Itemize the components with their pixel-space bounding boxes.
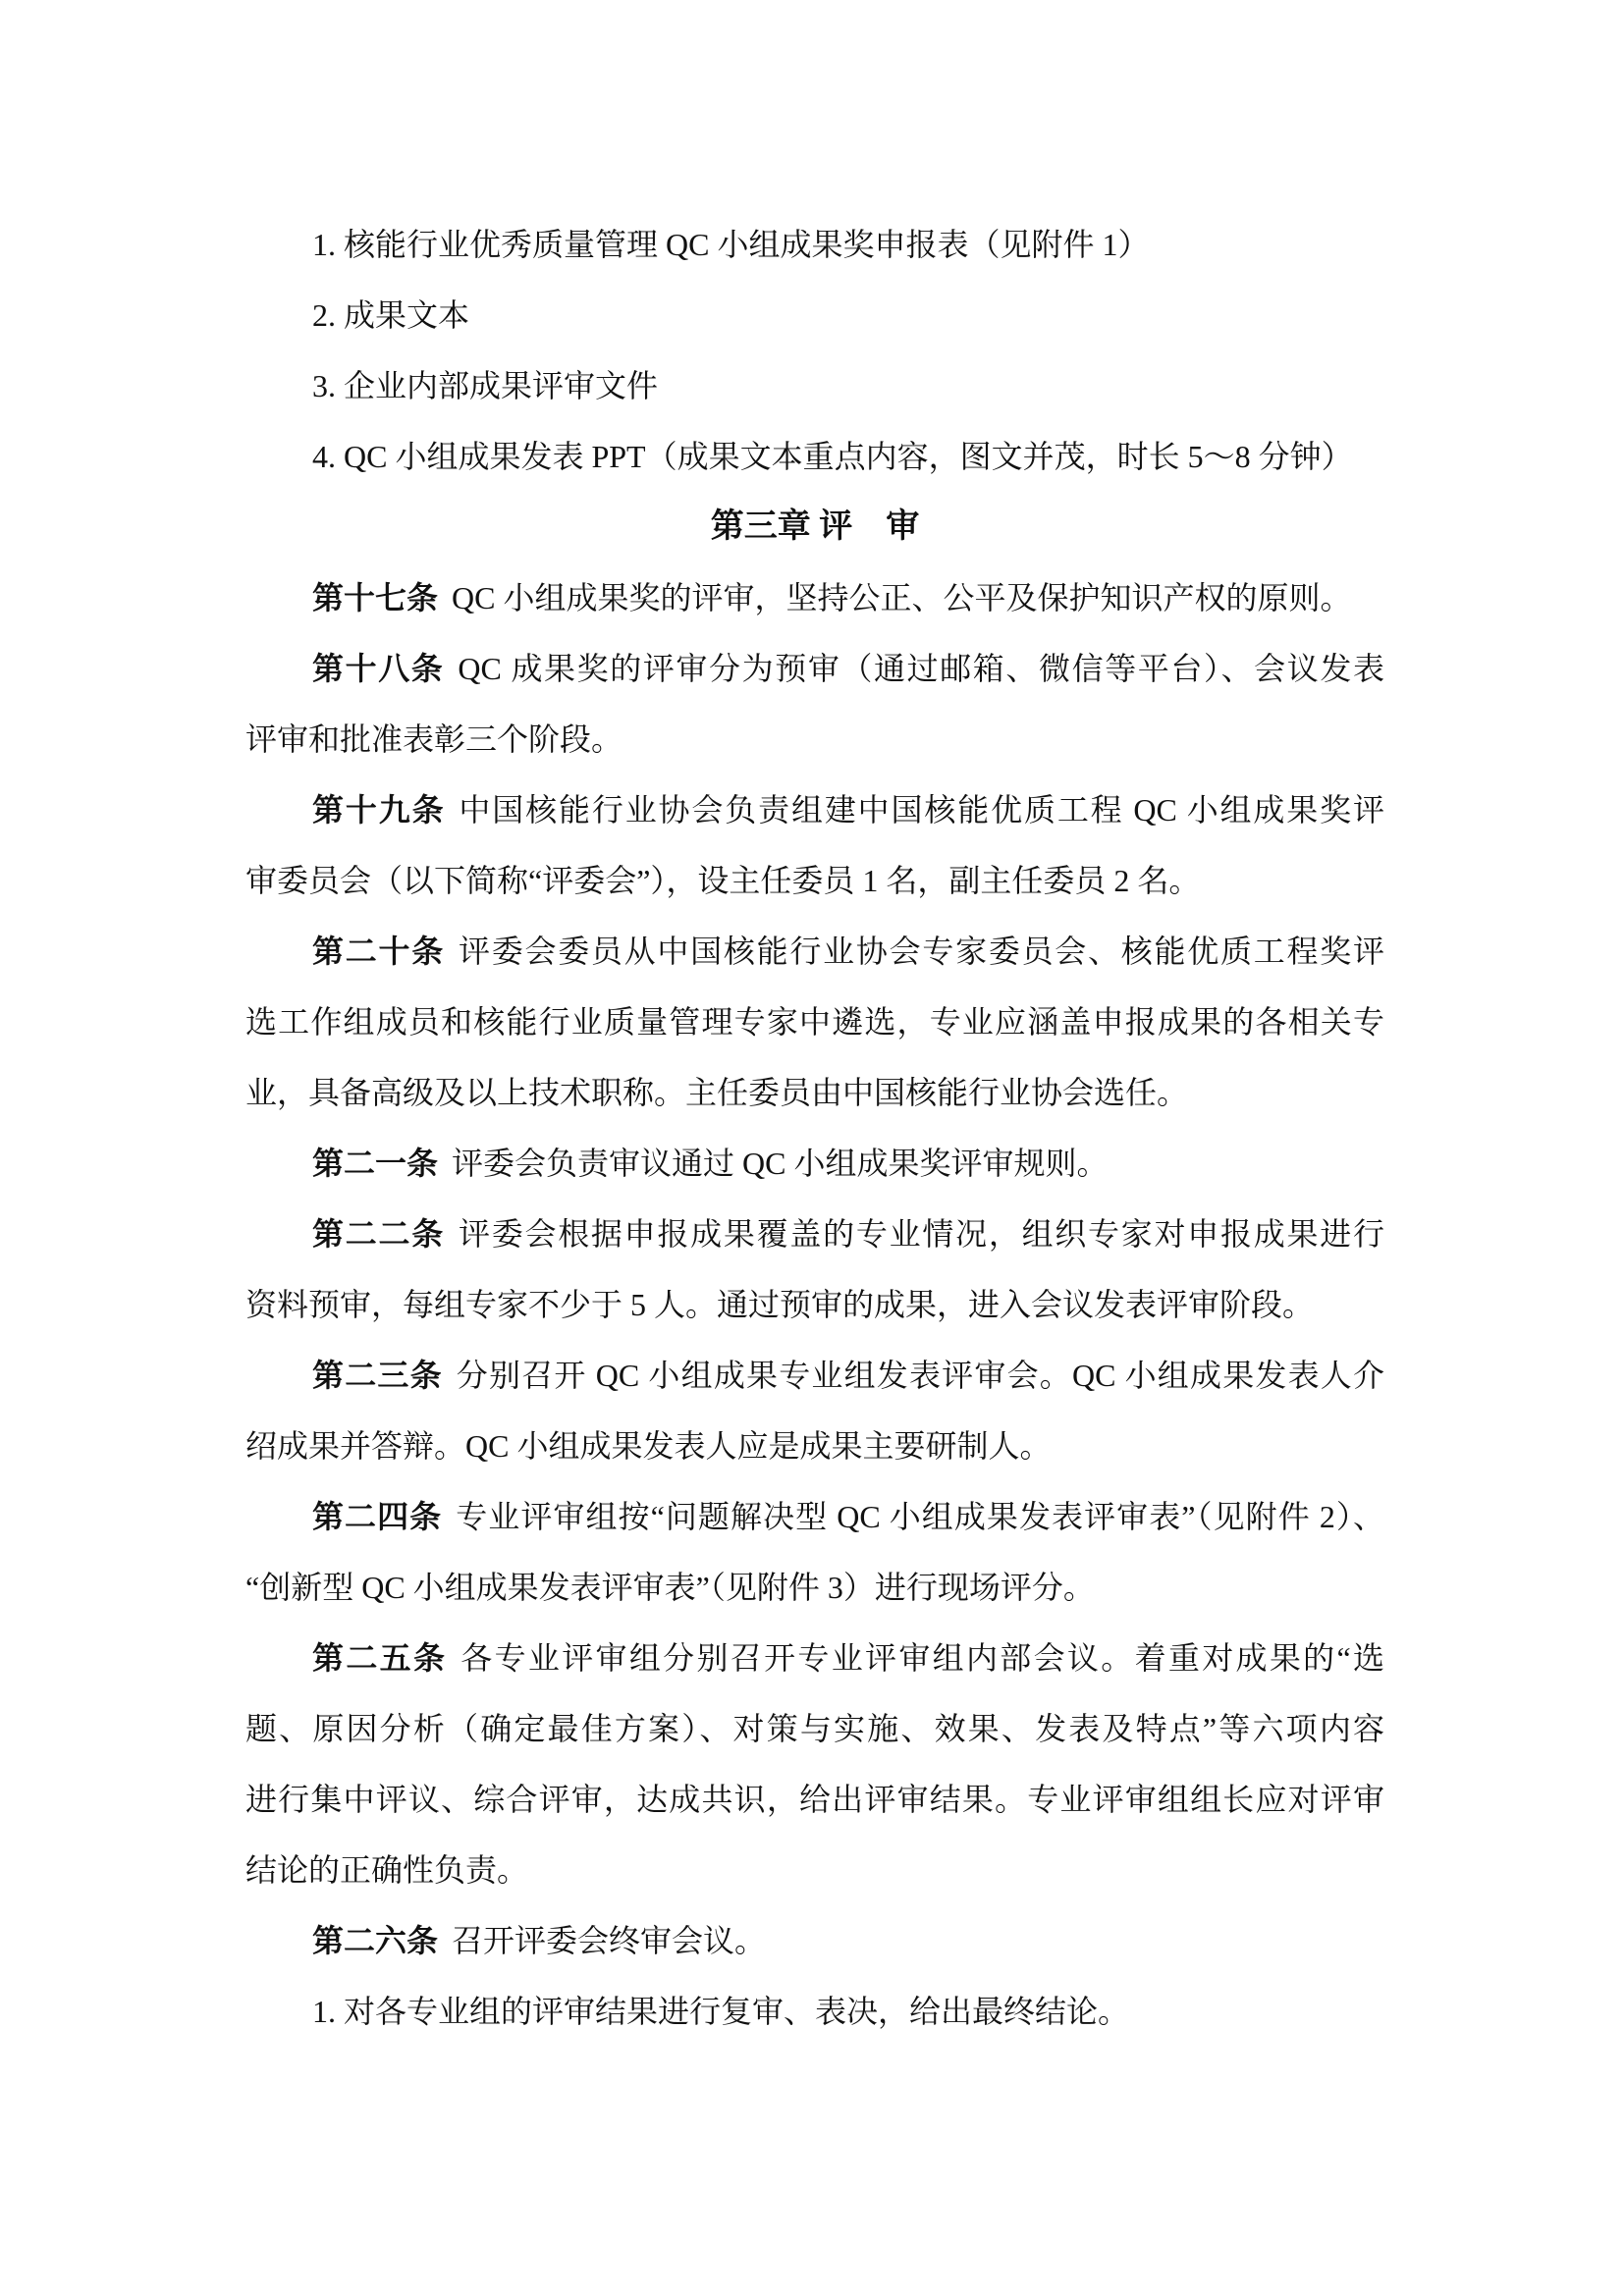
article-text: QC 成果奖的评审分为预审（通过邮箱、微信等平台）、会议发表 xyxy=(458,651,1384,686)
paragraph-line: 审委员会（以下简称“评委会”），设主任委员 1 名，副主任委员 2 名。 xyxy=(245,845,1384,916)
paragraph-line: 评审和批准表彰三个阶段。 xyxy=(245,704,1384,774)
article-text: 各专业评审组分别召开专业评审组内部会议。着重对成果的“选 xyxy=(460,1640,1384,1676)
article-number: 第二十条 xyxy=(312,934,445,969)
article-number: 第十八条 xyxy=(312,651,444,686)
article-number: 第二三条 xyxy=(312,1358,443,1393)
article-text: QC 小组成果奖的评审，坚持公正、公平及保护知识产权的原则。 xyxy=(452,580,1351,615)
article-text: 分别召开 QC 小组成果专业组发表评审会。QC 小组成果发表人介 xyxy=(457,1358,1384,1393)
list-item-line: 3. 企业内部成果评审文件 xyxy=(245,350,1384,421)
paragraph-line: 业，具备高级及以上技术职称。主任委员由中国核能行业协会选任。 xyxy=(245,1057,1384,1128)
paragraph-line: 题、原因分析（确定最佳方案）、对策与实施、效果、发表及特点”等六项内容 xyxy=(245,1693,1384,1764)
paragraph-line: 绍成果并答辩。QC 小组成果发表人应是成果主要研制人。 xyxy=(245,1411,1384,1481)
article-text: 评委会根据申报成果覆盖的专业情况，组织专家对申报成果进行 xyxy=(459,1216,1384,1252)
chapter-heading: 第三章 评 审 xyxy=(245,492,1384,562)
paragraph-line: 资料预审，每组专家不少于 5 人。通过预审的成果，进入会议发表评审阶段。 xyxy=(245,1269,1384,1340)
article-paragraph: 第十七条QC 小组成果奖的评审，坚持公正、公平及保护知识产权的原则。 xyxy=(245,562,1384,633)
article-number: 第二四条 xyxy=(312,1499,442,1534)
list-item-line: 1. 对各专业组的评审结果进行复审、表决，给出最终结论。 xyxy=(245,1976,1384,2047)
article-text: 评委会委员从中国核能行业协会专家委员会、核能优质工程奖评 xyxy=(459,934,1384,969)
article-number: 第二二条 xyxy=(312,1216,445,1252)
article-paragraph: 第二十条评委会委员从中国核能行业协会专家委员会、核能优质工程奖评 xyxy=(245,916,1384,987)
article-paragraph: 第十九条中国核能行业协会负责组建中国核能优质工程 QC 小组成果奖评 xyxy=(245,774,1384,845)
paragraph-line: 结论的正确性负责。 xyxy=(245,1835,1384,1905)
article-text: 评委会负责审议通过 QC 小组成果奖评审规则。 xyxy=(452,1146,1108,1181)
document-content: 1. 核能行业优秀质量管理 QC 小组成果奖申报表（见附件 1）2. 成果文本3… xyxy=(245,209,1384,2047)
article-number: 第二五条 xyxy=(312,1640,447,1676)
list-item-line: 2. 成果文本 xyxy=(245,280,1384,350)
paragraph-line: 进行集中评议、综合评审，达成共识，给出评审结果。专业评审组组长应对评审 xyxy=(245,1764,1384,1835)
article-paragraph: 第二一条评委会负责审议通过 QC 小组成果奖评审规则。 xyxy=(245,1128,1384,1199)
paragraph-line: 选工作组成员和核能行业质量管理专家中遴选，专业应涵盖申报成果的各相关专 xyxy=(245,987,1384,1057)
list-item-line: 1. 核能行业优秀质量管理 QC 小组成果奖申报表（见附件 1） xyxy=(245,209,1384,280)
article-paragraph: 第二六条召开评委会终审会议。 xyxy=(245,1905,1384,1976)
article-number: 第十七条 xyxy=(312,580,438,615)
list-item-line: 4. QC 小组成果发表 PPT（成果文本重点内容，图文并茂，时长 5～8 分钟… xyxy=(245,421,1384,492)
article-text: 专业评审组按“问题解决型 QC 小组成果发表评审表”（见附件 2）、 xyxy=(456,1499,1384,1534)
paragraph-line: “创新型 QC 小组成果发表评审表”（见附件 3）进行现场评分。 xyxy=(245,1552,1384,1623)
article-paragraph: 第二四条专业评审组按“问题解决型 QC 小组成果发表评审表”（见附件 2）、 xyxy=(245,1481,1384,1552)
article-paragraph: 第二二条评委会根据申报成果覆盖的专业情况，组织专家对申报成果进行 xyxy=(245,1199,1384,1269)
article-number: 第二一条 xyxy=(312,1146,438,1181)
article-text: 中国核能行业协会负责组建中国核能优质工程 QC 小组成果奖评 xyxy=(459,792,1384,828)
article-paragraph: 第十八条QC 成果奖的评审分为预审（通过邮箱、微信等平台）、会议发表 xyxy=(245,633,1384,704)
article-number: 第十九条 xyxy=(312,792,445,828)
article-text: 召开评委会终审会议。 xyxy=(452,1923,766,1958)
article-paragraph: 第二三条分别召开 QC 小组成果专业组发表评审会。QC 小组成果发表人介 xyxy=(245,1340,1384,1411)
article-number: 第二六条 xyxy=(312,1923,438,1958)
document-page: 1. 核能行业优秀质量管理 QC 小组成果奖申报表（见附件 1）2. 成果文本3… xyxy=(0,0,1624,2296)
article-paragraph: 第二五条各专业评审组分别召开专业评审组内部会议。着重对成果的“选 xyxy=(245,1623,1384,1693)
